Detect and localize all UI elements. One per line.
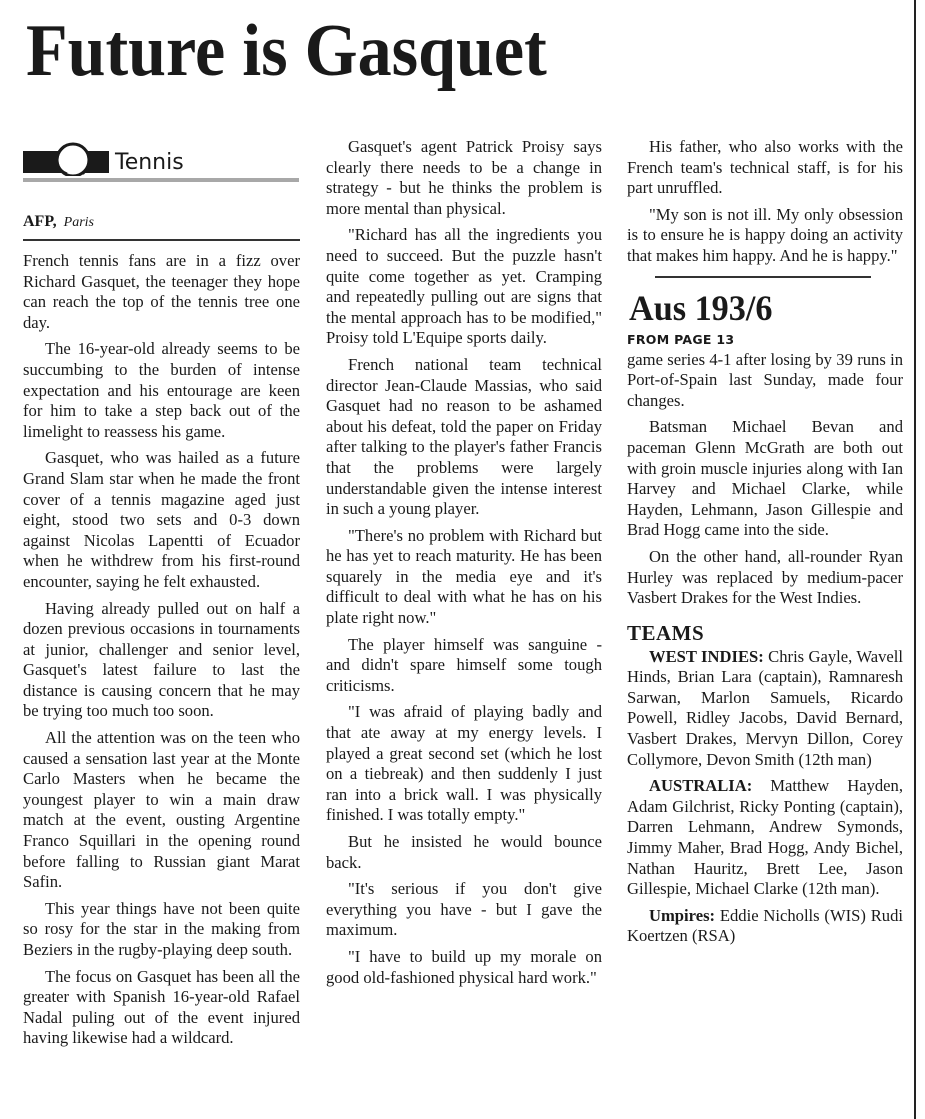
byline-agency: AFP, <box>23 213 57 230</box>
article-paragraph: French national team technical director … <box>326 355 602 520</box>
team-entry-umpires: Umpires: Eddie Nicholls (WIS) Rudi Koert… <box>627 906 903 947</box>
article-paragraph: French tennis fans are in a fizz over Ri… <box>23 251 300 333</box>
headline: Future is Gasquet <box>26 14 547 88</box>
article-paragraph: All the attention was on the teen who ca… <box>23 728 300 893</box>
article-column-2: Gasquet's agent Patrick Proisy says clea… <box>326 137 602 994</box>
tennis-ball-icon <box>43 140 109 176</box>
article-column-3: His father, who also works with the Fren… <box>627 137 903 953</box>
sidebar-paragraph: On the other hand, all-rounder Ryan Hurl… <box>627 547 903 609</box>
team-entry-australia: AUSTRALIA: Matthew Hayden, Adam Gilchris… <box>627 776 903 900</box>
article-paragraph: "My son is not ill. My only obsession is… <box>627 205 903 267</box>
page-border-line <box>914 0 916 1119</box>
article-paragraph: Gasquet's agent Patrick Proisy says clea… <box>326 137 602 219</box>
byline: AFP, Paris <box>23 212 300 233</box>
sidebar-headline: Aus 193/6 <box>629 290 889 326</box>
article-paragraph: His father, who also works with the Fren… <box>627 137 903 199</box>
article-paragraph: Having already pulled out on half a doze… <box>23 599 300 723</box>
article-column-1: Tennis AFP, Paris French tennis fans are… <box>23 140 300 1055</box>
teams-heading: TEAMS <box>627 621 903 645</box>
team-label: WEST INDIES: <box>649 647 764 666</box>
sidebar-paragraph: game series 4-1 after losing by 39 runs … <box>627 350 903 412</box>
article-paragraph: Gasquet, who was hailed as a future Gran… <box>23 448 300 592</box>
article-paragraph: "Richard has all the ingredients you nee… <box>326 225 602 349</box>
section-header: Tennis <box>23 140 300 176</box>
article-paragraph: "There's no problem with Richard but he … <box>326 526 602 629</box>
team-entry-west-indies: WEST INDIES: Chris Gayle, Wavell Hinds, … <box>627 647 903 771</box>
byline-place: Paris <box>64 215 94 230</box>
sidebar-paragraph: Batsman Michael Bevan and paceman Glenn … <box>627 417 903 541</box>
article-paragraph: The focus on Gasquet has been all the gr… <box>23 967 300 1049</box>
article-paragraph: But he insisted he would bounce back. <box>326 832 602 873</box>
article-paragraph: "I was afraid of playing badly and that … <box>326 702 602 826</box>
article-paragraph: The player himself was san­guine - and d… <box>326 635 602 697</box>
jump-label: FROM PAGE 13 <box>627 332 903 348</box>
section-label: Tennis <box>115 152 184 174</box>
article-paragraph: "It's serious if you don't give everythi… <box>326 879 602 941</box>
team-label: AUSTRALIA: <box>649 776 752 795</box>
byline-rule <box>23 239 300 241</box>
article-paragraph: The 16-year-old already seems to be succ… <box>23 339 300 442</box>
story-divider <box>655 276 871 278</box>
team-label: Umpires: <box>649 906 715 925</box>
article-paragraph: This year things have not been quite so … <box>23 899 300 961</box>
article-paragraph: "I have to build up my morale on good ol… <box>326 947 602 988</box>
section-rule <box>23 178 299 182</box>
